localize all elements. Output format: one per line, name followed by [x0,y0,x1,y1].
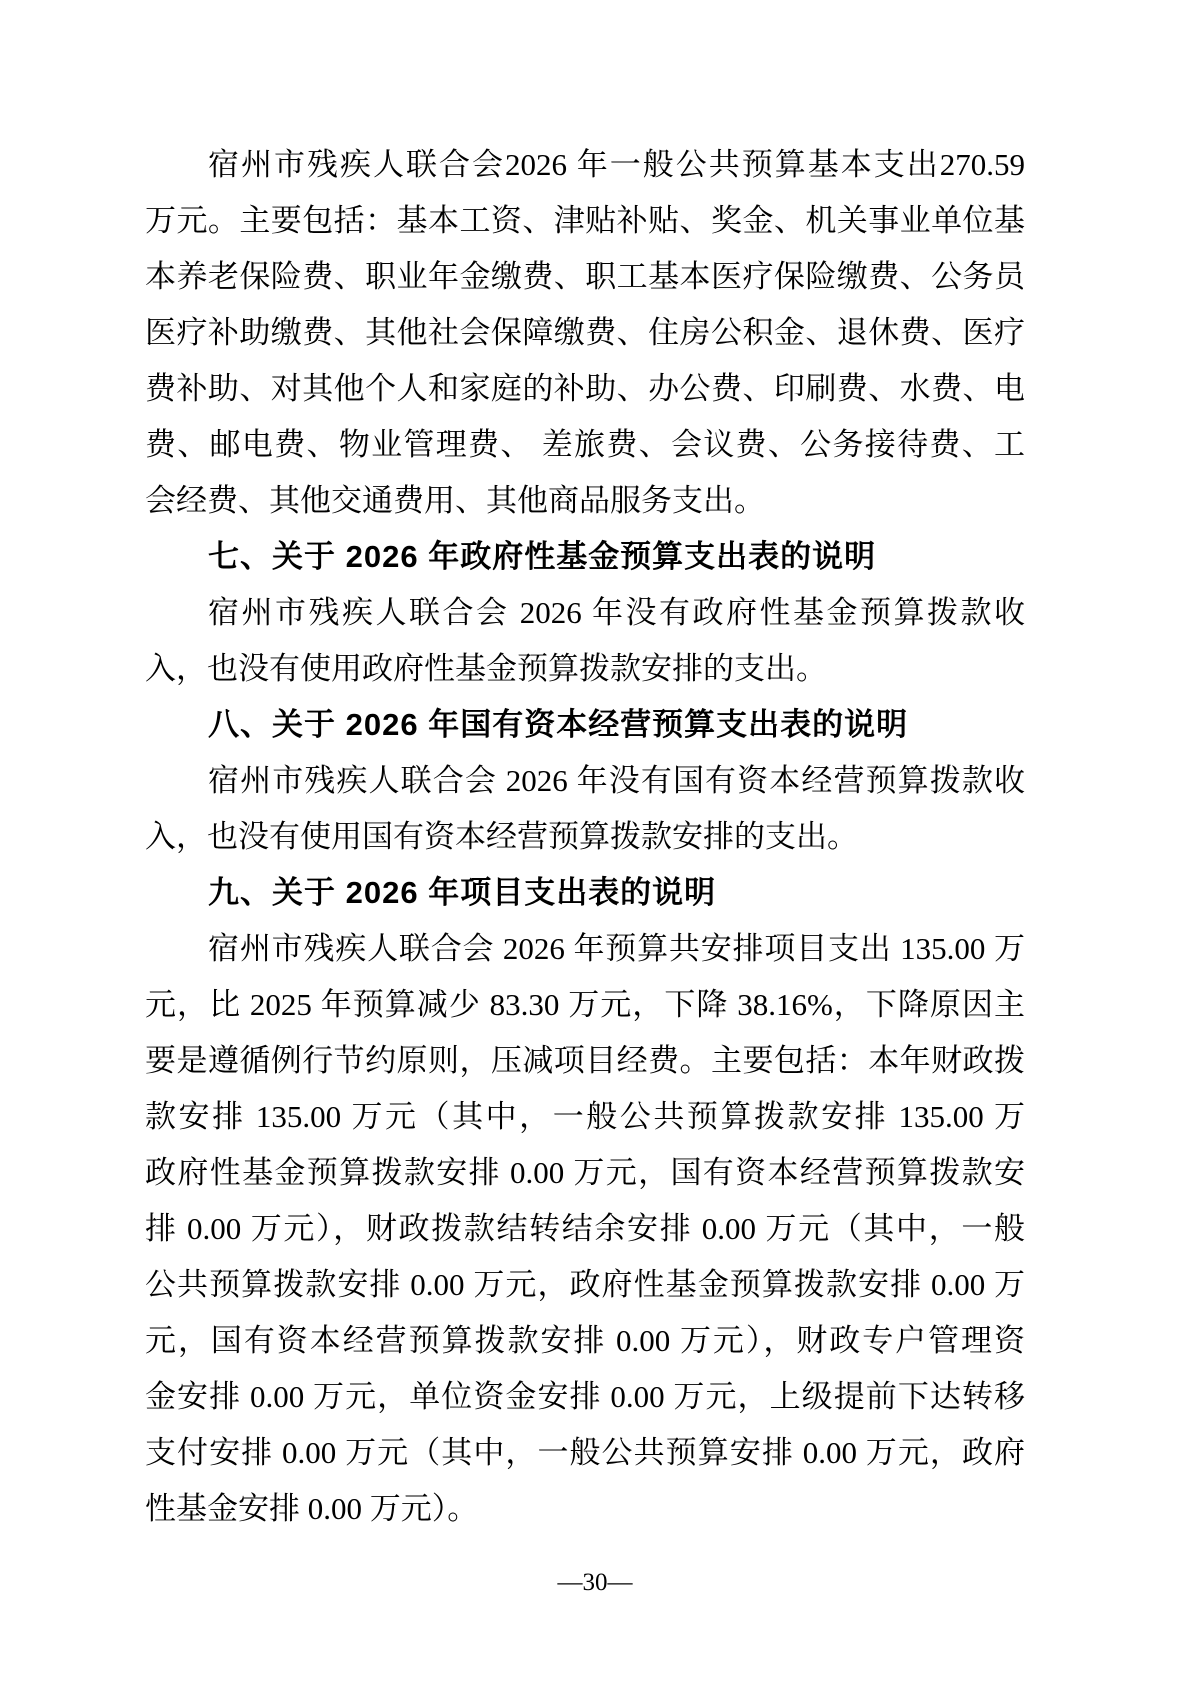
text-line: 金安排 0.00 万元，单位资金安排 0.00 万元，上级提前下达转移 [145,1369,1025,1425]
section-heading: 八、关于 2026 年国有资本经营预算支出表的说明 [145,697,1025,753]
text-line: 宿州市残疾人联合会2026 年一般公共预算基本支出270.59 [145,137,1025,193]
page-number: —30— [558,1569,633,1596]
text-line: 医疗补助缴费、其他社会保障缴费、住房公积金、退休费、医疗 [145,305,1025,361]
text-line: 公共预算拨款安排 0.00 万元，政府性基金预算拨款安排 0.00 万 [145,1257,1025,1313]
text-line: 支付安排 0.00 万元（其中，一般公共预算安排 0.00 万元，政府 [145,1425,1025,1481]
text-line: 本养老保险费、职业年金缴费、职工基本医疗保险缴费、公务员 [145,249,1025,305]
text-line: 元，比 2025 年预算减少 83.30 万元，下降 38.16%，下降原因主 [145,977,1025,1033]
document-page: 宿州市残疾人联合会2026 年一般公共预算基本支出270.59万元。主要包括：基… [0,0,1190,1683]
section-heading: 九、关于 2026 年项目支出表的说明 [145,865,1025,921]
text-line: 排 0.00 万元），财政拨款结转结余安排 0.00 万元（其中，一般 [145,1201,1025,1257]
section-heading: 七、关于 2026 年政府性基金预算支出表的说明 [145,529,1025,585]
text-line: 要是遵循例行节约原则，压减项目经费。主要包括：本年财政拨 [145,1033,1025,1089]
text-line: 宿州市残疾人联合会 2026 年没有国有资本经营预算拨款收 [145,753,1025,809]
text-line: 性基金安排 0.00 万元）。 [145,1481,1025,1537]
text-line: 万元。主要包括：基本工资、津贴补贴、奖金、机关事业单位基 [145,193,1025,249]
text-line: 宿州市残疾人联合会 2026 年预算共安排项目支出 135.00 万 [145,921,1025,977]
text-line: 宿州市残疾人联合会 2026 年没有政府性基金预算拨款收 [145,585,1025,641]
text-line: 元，国有资本经营预算拨款安排 0.00 万元），财政专户管理资 [145,1313,1025,1369]
page-footer: —30— [0,1566,1190,1600]
document-body: 宿州市残疾人联合会2026 年一般公共预算基本支出270.59万元。主要包括：基… [145,137,1025,1537]
text-line: 费、邮电费、物业管理费、 差旅费、会议费、公务接待费、工 [145,417,1025,473]
text-line: 会经费、其他交通费用、其他商品服务支出。 [145,473,1025,529]
text-line: 费补助、对其他个人和家庭的补助、办公费、印刷费、水费、电 [145,361,1025,417]
text-line: 款安排 135.00 万元（其中，一般公共预算拨款安排 135.00 万元， [145,1089,1025,1145]
text-line: 入，也没有使用国有资本经营预算拨款安排的支出。 [145,809,1025,865]
text-line: 入，也没有使用政府性基金预算拨款安排的支出。 [145,641,1025,697]
text-line: 政府性基金预算拨款安排 0.00 万元，国有资本经营预算拨款安 [145,1145,1025,1201]
